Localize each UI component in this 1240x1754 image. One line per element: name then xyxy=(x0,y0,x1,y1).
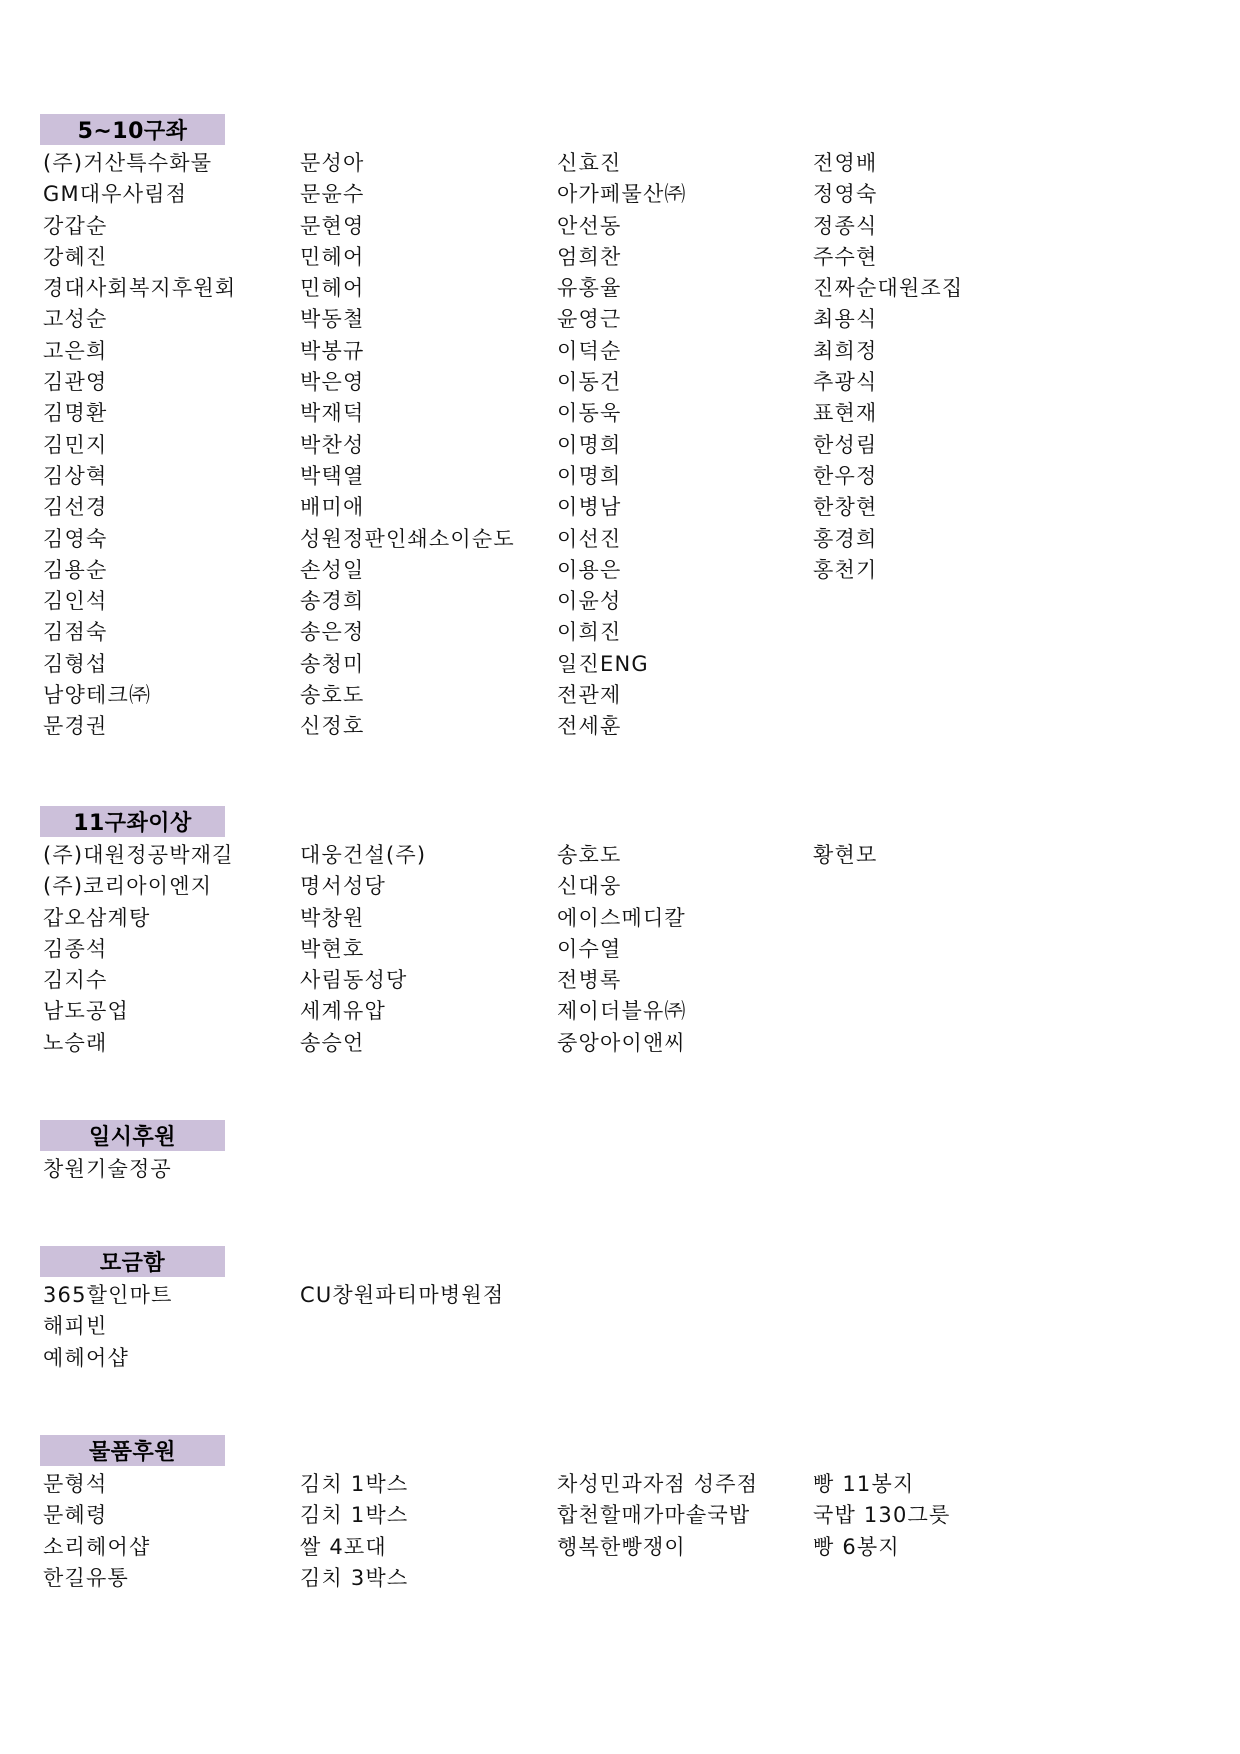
list-item: 문형석 xyxy=(43,1469,150,1500)
donor-column: 황현모 xyxy=(813,840,877,871)
list-item: 국밥 130그릇 xyxy=(813,1500,951,1531)
donor-column: (주)거산특수화물GM대우사림점강갑순강혜진경대사회복지후원회고성순고은희김관영… xyxy=(43,148,236,743)
list-item: 강혜진 xyxy=(43,242,236,273)
list-item: 이수열 xyxy=(557,934,687,965)
list-item: 김인석 xyxy=(43,586,236,617)
list-item: 박재덕 xyxy=(300,398,515,429)
donor-column: 신효진아가페물산㈜안선동엄희찬유홍율윤영근이덕순이동건이동욱이명희이명희이병남이… xyxy=(557,148,687,743)
list-item: 이병남 xyxy=(557,492,687,523)
list-item: 김치 3박스 xyxy=(300,1563,408,1594)
list-item: 아가페물산㈜ xyxy=(557,179,687,210)
list-item: 신정호 xyxy=(300,711,515,742)
list-item: 김형섭 xyxy=(43,649,236,680)
list-item: 남도공업 xyxy=(43,996,234,1027)
list-item: 이선진 xyxy=(557,524,687,555)
list-item: 박동철 xyxy=(300,304,515,335)
list-item: 박택열 xyxy=(300,461,515,492)
donor-column: (주)대원정공박재길(주)코리아이엔지갑오삼계탕김종석김지수남도공업노승래 xyxy=(43,840,234,1059)
list-item: 김명환 xyxy=(43,398,236,429)
list-item: 한길유통 xyxy=(43,1563,150,1594)
list-item: 이동욱 xyxy=(557,398,687,429)
list-item: 민헤어 xyxy=(300,242,515,273)
list-item: 성원정판인쇄소이순도 xyxy=(300,524,515,555)
donor-column: 전영배정영숙정종식주수현진짜순대원조집최용식최희정추광식표현재한성림한우정한창현… xyxy=(813,148,963,586)
list-item: 이덕순 xyxy=(557,336,687,367)
list-item: 문현영 xyxy=(300,211,515,242)
list-item: 문경권 xyxy=(43,711,236,742)
list-item: 이명희 xyxy=(557,461,687,492)
list-item: 박현호 xyxy=(300,934,426,965)
list-item: 쌀 4포대 xyxy=(300,1532,408,1563)
section-header: 물품후원 xyxy=(40,1435,225,1466)
list-item: 김선경 xyxy=(43,492,236,523)
donor-column: 대웅건설(주)명서성당박창원박현호사림동성당세계유압송승언 xyxy=(300,840,426,1059)
list-item: 창원기술정공 xyxy=(43,1154,172,1185)
list-item: 박은영 xyxy=(300,367,515,398)
list-item: 남양테크㈜ xyxy=(43,680,236,711)
list-item: 김용순 xyxy=(43,555,236,586)
list-item: 송은정 xyxy=(300,617,515,648)
list-item: 전세훈 xyxy=(557,711,687,742)
list-item: 제이더블유㈜ xyxy=(557,996,687,1027)
list-item: 경대사회복지후원회 xyxy=(43,273,236,304)
list-item: 강갑순 xyxy=(43,211,236,242)
list-item: 행복한빵쟁이 xyxy=(557,1532,758,1563)
list-item: 진짜순대원조집 xyxy=(813,273,963,304)
donor-column: CU창원파티마병원점 xyxy=(300,1280,504,1311)
list-item: CU창원파티마병원점 xyxy=(300,1280,504,1311)
section-header: 11구좌이상 xyxy=(40,806,225,837)
list-item: 윤영근 xyxy=(557,304,687,335)
list-item: 배미애 xyxy=(300,492,515,523)
list-item: 이용은 xyxy=(557,555,687,586)
list-item: 빵 6봉지 xyxy=(813,1532,951,1563)
list-item: 빵 11봉지 xyxy=(813,1469,951,1500)
list-item: 한우정 xyxy=(813,461,963,492)
list-item: 정종식 xyxy=(813,211,963,242)
list-item: 갑오삼계탕 xyxy=(43,903,234,934)
list-item: 엄희찬 xyxy=(557,242,687,273)
list-item: 유홍율 xyxy=(557,273,687,304)
list-item: 김치 1박스 xyxy=(300,1469,408,1500)
list-item: 이희진 xyxy=(557,617,687,648)
section-header: 모금함 xyxy=(40,1246,225,1277)
list-item: 송경희 xyxy=(300,586,515,617)
list-item: 명서성당 xyxy=(300,871,426,902)
list-item: 전병록 xyxy=(557,965,687,996)
donor-column: 문성아문윤수문현영민헤어민헤어박동철박봉규박은영박재덕박찬성박택열배미애성원정판… xyxy=(300,148,515,743)
list-item: 문성아 xyxy=(300,148,515,179)
donor-column: 창원기술정공 xyxy=(43,1154,172,1185)
list-item: (주)코리아이엔지 xyxy=(43,871,234,902)
list-item: 합천할매가마솥국밥 xyxy=(557,1500,758,1531)
list-item: 일진ENG xyxy=(557,649,687,680)
list-item: 신대웅 xyxy=(557,871,687,902)
list-item: 주수현 xyxy=(813,242,963,273)
list-item: 정영숙 xyxy=(813,179,963,210)
list-item: 민헤어 xyxy=(300,273,515,304)
list-item: 박찬성 xyxy=(300,430,515,461)
list-item: 전영배 xyxy=(813,148,963,179)
list-item: 세계유압 xyxy=(300,996,426,1027)
list-item: 김민지 xyxy=(43,430,236,461)
list-item: 추광식 xyxy=(813,367,963,398)
section-header: 5~10구좌 xyxy=(40,114,225,145)
list-item: 전관제 xyxy=(557,680,687,711)
list-item: 황현모 xyxy=(813,840,877,871)
list-item: 홍경희 xyxy=(813,524,963,555)
list-item: 손성일 xyxy=(300,555,515,586)
list-item: 차성민과자점 성주점 xyxy=(557,1469,758,1500)
list-item: 신효진 xyxy=(557,148,687,179)
list-item: 이윤성 xyxy=(557,586,687,617)
list-item: 표현재 xyxy=(813,398,963,429)
list-item: 문윤수 xyxy=(300,179,515,210)
list-item: 안선동 xyxy=(557,211,687,242)
list-item: 김지수 xyxy=(43,965,234,996)
list-item: 박창원 xyxy=(300,903,426,934)
list-item: 김영숙 xyxy=(43,524,236,555)
donor-column: 차성민과자점 성주점합천할매가마솥국밥행복한빵쟁이 xyxy=(557,1469,758,1563)
list-item: 해피빈 xyxy=(43,1311,173,1342)
list-item: 중앙아이앤씨 xyxy=(557,1028,687,1059)
donor-column: 365할인마트해피빈예헤어샵 xyxy=(43,1280,173,1374)
list-item: 사림동성당 xyxy=(300,965,426,996)
list-item: 송호도 xyxy=(557,840,687,871)
list-item: 이명희 xyxy=(557,430,687,461)
section-header: 일시후원 xyxy=(40,1120,225,1151)
list-item: 고성순 xyxy=(43,304,236,335)
list-item: 365할인마트 xyxy=(43,1280,173,1311)
list-item: 김상혁 xyxy=(43,461,236,492)
list-item: 김점숙 xyxy=(43,617,236,648)
list-item: 문혜령 xyxy=(43,1500,150,1531)
list-item: GM대우사림점 xyxy=(43,179,236,210)
list-item: 송승언 xyxy=(300,1028,426,1059)
item-column: 빵 11봉지국밥 130그릇빵 6봉지 xyxy=(813,1469,951,1563)
list-item: 대웅건설(주) xyxy=(300,840,426,871)
item-column: 김치 1박스김치 1박스쌀 4포대김치 3박스 xyxy=(300,1469,408,1594)
donor-column: 문형석문혜령소리헤어샵한길유통 xyxy=(43,1469,150,1594)
list-item: (주)대원정공박재길 xyxy=(43,840,234,871)
list-item: 소리헤어샵 xyxy=(43,1532,150,1563)
list-item: 김종석 xyxy=(43,934,234,965)
list-item: 김관영 xyxy=(43,367,236,398)
list-item: 홍천기 xyxy=(813,555,963,586)
list-item: 최용식 xyxy=(813,304,963,335)
list-item: 예헤어샵 xyxy=(43,1343,173,1374)
list-item: 에이스메디칼 xyxy=(557,903,687,934)
list-item: 박봉규 xyxy=(300,336,515,367)
donor-column: 송호도신대웅에이스메디칼이수열전병록제이더블유㈜중앙아이앤씨 xyxy=(557,840,687,1059)
list-item: 송청미 xyxy=(300,649,515,680)
list-item: (주)거산특수화물 xyxy=(43,148,236,179)
list-item: 송호도 xyxy=(300,680,515,711)
list-item: 이동건 xyxy=(557,367,687,398)
list-item: 김치 1박스 xyxy=(300,1500,408,1531)
list-item: 최희정 xyxy=(813,336,963,367)
list-item: 고은희 xyxy=(43,336,236,367)
list-item: 노승래 xyxy=(43,1028,234,1059)
list-item: 한창현 xyxy=(813,492,963,523)
list-item: 한성림 xyxy=(813,430,963,461)
